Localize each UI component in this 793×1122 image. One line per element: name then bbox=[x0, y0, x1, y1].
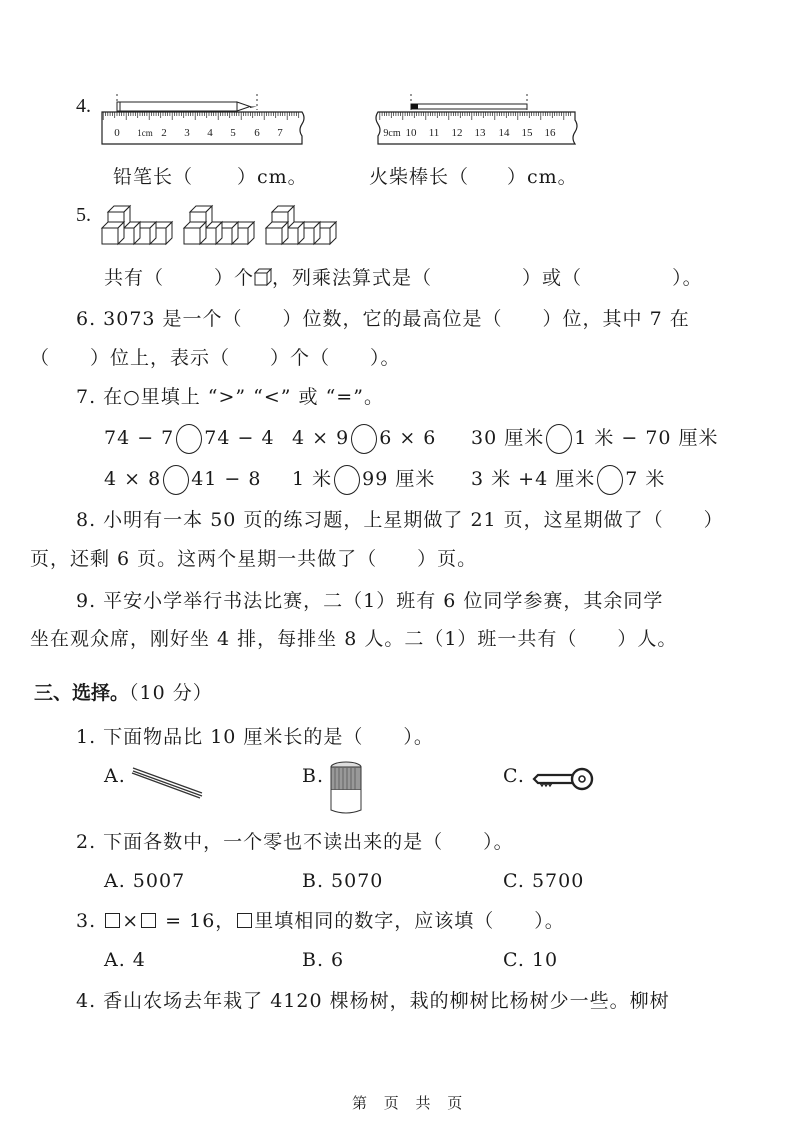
compare-left: 30 厘米 bbox=[471, 427, 544, 449]
equation-result: = 16， bbox=[158, 910, 235, 932]
svg-text:15: 15 bbox=[522, 127, 534, 139]
q8-line-2: 页，还剩 6 页。这两个星期一共做了（ ）页。 bbox=[30, 547, 477, 571]
compare-left: 4 × 8 bbox=[104, 468, 161, 490]
compare-left: 3 米 +4 厘米 bbox=[471, 468, 595, 490]
q8-line-1: 8. 小明有一本 50 页的练习题，上星期做了 21 页，这星期做了（ ） bbox=[76, 508, 724, 532]
compare-right: 7 米 bbox=[625, 468, 665, 490]
option-label: A. bbox=[104, 765, 126, 787]
question-number: 3. bbox=[76, 910, 96, 932]
q6-line-1: 6. 3073 是一个（ ）位数，它的最高位是（ ）位，其中 7 在 bbox=[76, 307, 690, 331]
q3-text-tail: 里填相同的数字，应该填（ ）。 bbox=[254, 910, 565, 932]
compare-item-1: 74 − 774 − 4 bbox=[104, 424, 275, 454]
choice-q2-option-a[interactable]: A. 5007 bbox=[104, 869, 185, 893]
cube-figure-1 bbox=[102, 206, 172, 244]
svg-text:1cm: 1cm bbox=[137, 128, 153, 138]
svg-text:6: 6 bbox=[254, 127, 260, 139]
choice-q1-text: 1. 下面物品比 10 厘米长的是（ ）。 bbox=[76, 725, 434, 749]
key-icon bbox=[532, 766, 594, 792]
q5-text: ）。 bbox=[672, 267, 703, 289]
svg-text:2: 2 bbox=[161, 127, 167, 139]
q9-line-2: 坐在观众席，刚好坐 4 排，每排坐 8 人。二（1）班一共有（ ）人。 bbox=[30, 627, 677, 651]
section-title: 三、选择。 bbox=[34, 682, 129, 704]
q6-line-2: （ ）位上，表示（ ）个（ ）。 bbox=[30, 346, 401, 370]
compare-left: 1 米 bbox=[292, 468, 332, 490]
choice-q3-option-c[interactable]: C. 10 bbox=[503, 948, 558, 972]
svg-text:13: 13 bbox=[475, 127, 487, 139]
blank-square-icon bbox=[141, 913, 156, 928]
matchstick-length-unit: ）cm。 bbox=[507, 166, 578, 188]
compare-circle[interactable] bbox=[163, 465, 189, 495]
compare-right: 6 × 6 bbox=[379, 427, 436, 449]
page-footer: 第 页 共 页 bbox=[352, 1092, 468, 1113]
compare-right: 74 − 4 bbox=[204, 427, 274, 449]
option-label: B. bbox=[302, 765, 324, 787]
blank-square-icon bbox=[105, 913, 120, 928]
matchstick-ruler-figure: 9cm 10 11 12 13 14 15 16 bbox=[370, 92, 590, 152]
option-label: C. bbox=[503, 765, 525, 787]
compare-right: 99 厘米 bbox=[362, 468, 435, 490]
compare-circle[interactable] bbox=[597, 465, 623, 495]
section-heading: 三、选择。（10 分） bbox=[34, 678, 213, 705]
svg-text:5: 5 bbox=[230, 127, 236, 139]
choice-q3-option-b[interactable]: B. 6 bbox=[302, 948, 344, 972]
choice-q4-text: 4. 香山农场去年栽了 4120 棵杨树，栽的柳树比杨树少一些。柳树 bbox=[76, 989, 670, 1013]
q7-prompt: 7. 在○里填上 “>” “<” 或 “=”。 bbox=[76, 385, 384, 409]
svg-text:10: 10 bbox=[406, 127, 418, 139]
svg-text:14: 14 bbox=[499, 127, 511, 139]
choice-q2-option-c[interactable]: C. 5700 bbox=[503, 869, 584, 893]
q5-text: 共有（ bbox=[104, 267, 164, 289]
chopsticks-icon bbox=[130, 765, 206, 801]
compare-circle[interactable] bbox=[546, 424, 572, 454]
compare-item-6: 3 米 +4 厘米7 米 bbox=[471, 465, 665, 495]
choice-q2-option-b[interactable]: B. 5070 bbox=[302, 869, 383, 893]
compare-right: 41 − 8 bbox=[191, 468, 261, 490]
svg-text:0: 0 bbox=[114, 127, 120, 139]
matchstick-length-line: 火柴棒长（）cm。 bbox=[369, 165, 578, 189]
compare-left: 4 × 9 bbox=[292, 427, 349, 449]
compare-left: 74 − 7 bbox=[104, 427, 174, 449]
choice-q1-option-a[interactable]: A. bbox=[104, 764, 126, 788]
choice-q3-text: 3. × = 16，里填相同的数字，应该填（ ）。 bbox=[76, 909, 565, 933]
svg-text:4: 4 bbox=[207, 127, 213, 139]
q5-text: ）个 bbox=[214, 267, 254, 289]
compare-circle[interactable] bbox=[334, 465, 360, 495]
section-score: （10 分） bbox=[129, 682, 213, 704]
question-number: 4. bbox=[76, 95, 91, 118]
choice-q1-option-c[interactable]: C. bbox=[503, 764, 525, 788]
compare-item-5: 1 米99 厘米 bbox=[292, 465, 435, 495]
cube-figure-3 bbox=[266, 206, 336, 244]
svg-text:11: 11 bbox=[429, 127, 440, 139]
svg-text:3: 3 bbox=[184, 127, 190, 139]
compare-item-3: 30 厘米1 米 − 70 厘米 bbox=[471, 424, 719, 454]
compare-circle[interactable] bbox=[351, 424, 377, 454]
svg-text:16: 16 bbox=[545, 127, 557, 139]
matchstick-length-label: 火柴棒长（ bbox=[369, 166, 469, 188]
choice-q2-text: 2. 下面各数中，一个零也不读出来的是（ ）。 bbox=[76, 830, 514, 854]
times-sign: × bbox=[122, 910, 139, 932]
pencil-length-label: 铅笔长（ bbox=[113, 166, 193, 188]
cube-icon bbox=[254, 268, 272, 286]
q5-text: ，列乘法算式是（ bbox=[272, 267, 432, 289]
cube-figure-2 bbox=[184, 206, 254, 244]
toothpick-jar-icon bbox=[326, 760, 366, 818]
q5-answer-line: 共有（）个，列乘法算式是（）或（）。 bbox=[104, 266, 703, 290]
question-number: 5. bbox=[76, 204, 91, 227]
compare-circle[interactable] bbox=[176, 424, 202, 454]
blank-square-icon bbox=[237, 913, 252, 928]
choice-q3-option-a[interactable]: A. 4 bbox=[104, 948, 146, 972]
svg-text:7: 7 bbox=[277, 127, 283, 139]
compare-right: 1 米 − 70 厘米 bbox=[574, 427, 718, 449]
compare-item-4: 4 × 841 − 8 bbox=[104, 465, 261, 495]
svg-text:9cm: 9cm bbox=[383, 128, 400, 139]
choice-q1-option-b[interactable]: B. bbox=[302, 764, 324, 788]
svg-text:12: 12 bbox=[452, 127, 463, 139]
compare-item-2: 4 × 96 × 6 bbox=[292, 424, 436, 454]
cube-figures bbox=[100, 202, 370, 252]
pencil-ruler-figure: 0 1cm 2 3 4 5 6 7 bbox=[100, 92, 310, 152]
pencil-length-line: 铅笔长（）cm。 bbox=[113, 165, 308, 189]
q9-line-1: 9. 平安小学举行书法比赛，二（1）班有 6 位同学参赛，其余同学 bbox=[76, 589, 663, 613]
pencil-length-unit: ）cm。 bbox=[237, 166, 308, 188]
q5-text: ）或（ bbox=[522, 267, 582, 289]
